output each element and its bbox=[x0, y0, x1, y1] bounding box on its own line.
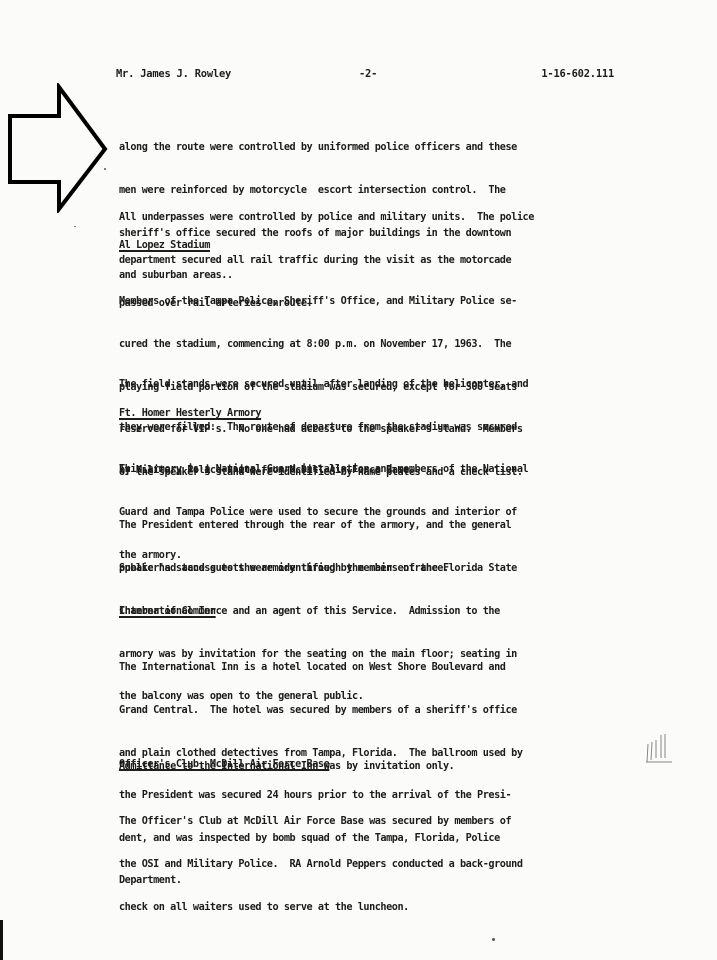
text-line: This armory is a National Guard installa… bbox=[119, 463, 629, 477]
text-line: they were filled. The route of departure… bbox=[119, 421, 629, 435]
scan-speck bbox=[492, 938, 495, 941]
text-line: The Officer's Club at McDill Air Force B… bbox=[119, 815, 629, 829]
scan-edge-mark bbox=[0, 920, 3, 960]
document-page: Mr. James J. Rowley -2- 1-16-602.111 alo… bbox=[0, 0, 717, 960]
text-line: The International Inn is a hotel located… bbox=[119, 661, 629, 675]
text-line: The field stands were secured until afte… bbox=[119, 378, 629, 392]
text-line: check on all waiters used to serve at th… bbox=[119, 901, 629, 915]
section-heading: International Inn bbox=[119, 606, 216, 617]
margin-stamp-mark bbox=[644, 732, 680, 766]
page-number: -2- bbox=[359, 68, 377, 80]
text-line: Grand Central. The hotel was secured by … bbox=[119, 704, 629, 718]
text-line: Members of the Tampa Police, Sheriff's O… bbox=[119, 295, 629, 309]
text-line: All underpasses were controlled by polic… bbox=[119, 211, 629, 225]
addressee: Mr. James J. Rowley bbox=[116, 68, 231, 80]
section-heading: Officer's Club, McDill Air Force Base bbox=[119, 759, 329, 770]
file-number: 1-16-602.111 bbox=[541, 68, 614, 80]
text-line: the OSI and Military Police. RA Arnold P… bbox=[119, 858, 629, 872]
text-line: Speaker's stand guests were identified b… bbox=[119, 562, 629, 576]
right-arrow-icon bbox=[6, 83, 110, 213]
text-line: along the route were controlled by unifo… bbox=[119, 141, 629, 155]
section-heading: Ft. Homer Hesterly Armory bbox=[119, 408, 261, 419]
scan-speck bbox=[104, 168, 106, 170]
scan-speck bbox=[74, 226, 76, 227]
section-heading: Al Lopez Stadium bbox=[119, 240, 210, 251]
text-line: The President entered through the rear o… bbox=[119, 519, 629, 533]
paragraph: The Officer's Club at McDill Air Force B… bbox=[119, 787, 629, 943]
